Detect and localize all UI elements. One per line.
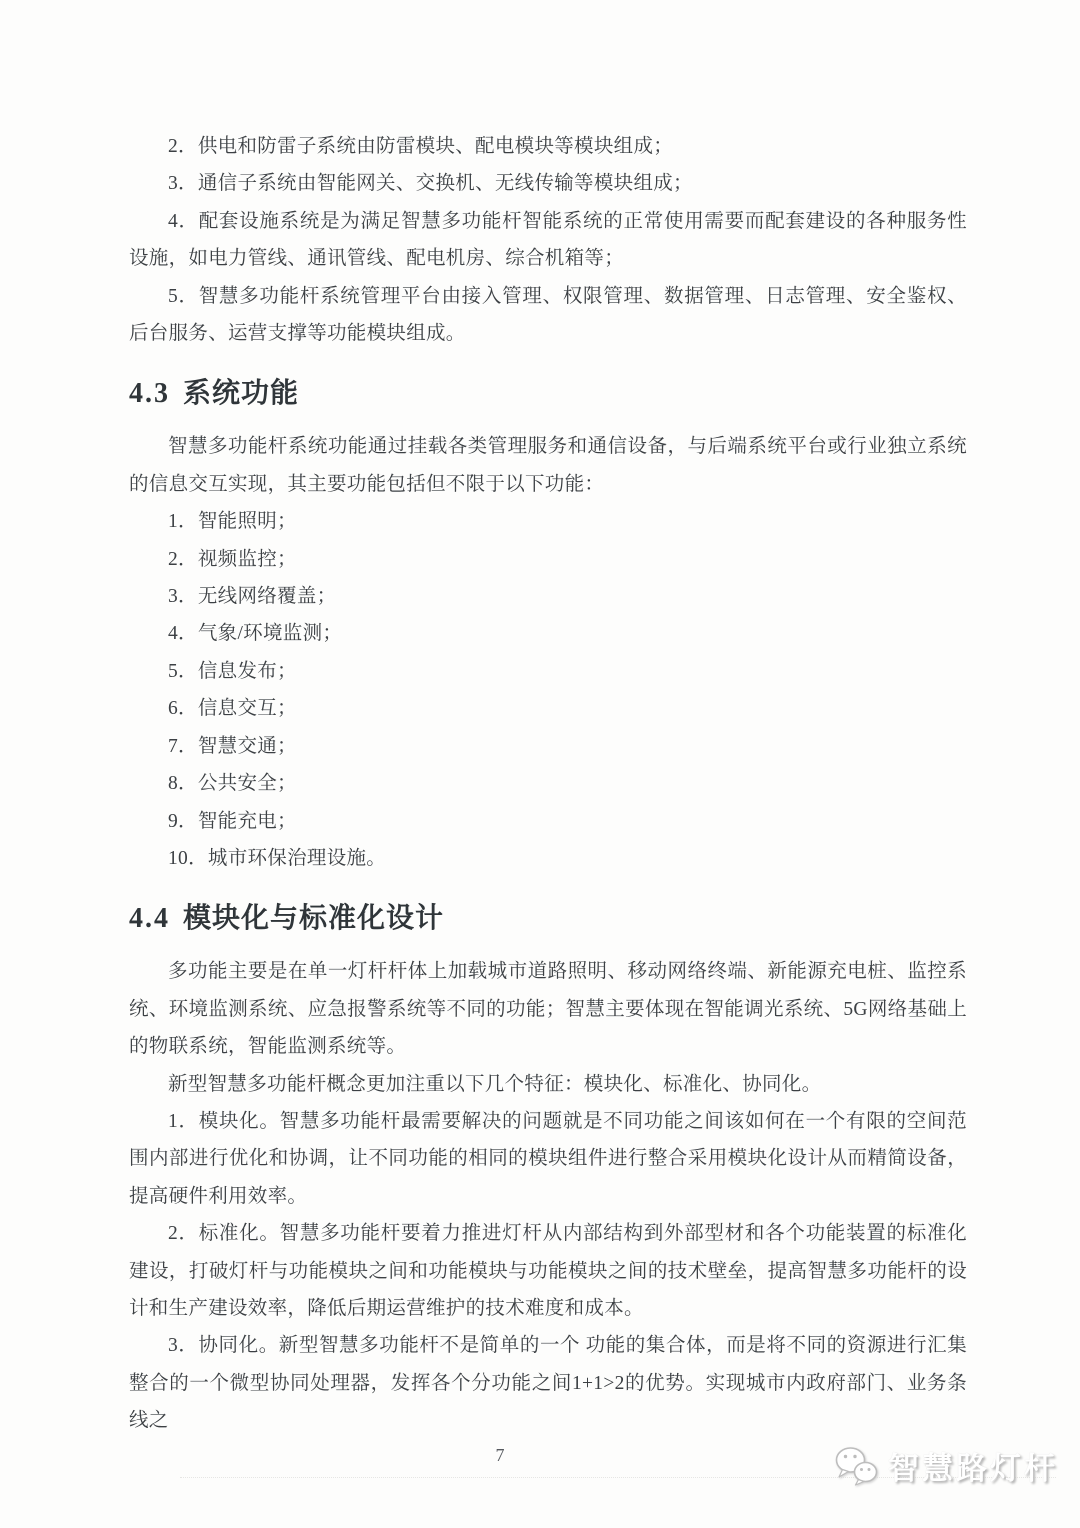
section-title: 系统功能: [183, 378, 299, 409]
section-heading-4-4: 4.4模块化与标准化设计: [129, 902, 967, 936]
intro-list-item: 4．配套设施系统是为满足智慧多功能杆智能系统的正常使用需要而配套建设的各种服务性…: [129, 203, 967, 278]
function-list-item: 10．城市环保治理设施。: [129, 840, 967, 877]
section-title: 模块化与标准化设计: [183, 903, 444, 934]
intro-list-item: 5．智慧多功能杆系统管理平台由接入管理、权限管理、数据管理、日志管理、安全鉴权、…: [129, 278, 967, 353]
section-number: 4.4: [129, 903, 170, 934]
watermark: 智慧路灯杆: [833, 1443, 1058, 1488]
body-paragraph: 多功能主要是在单一灯杆杆体上加载城市道路照明、移动网络终端、新能源充电桩、监控系…: [129, 953, 967, 1065]
watermark-label: 智慧路灯杆: [888, 1443, 1058, 1488]
function-list-item: 1．智能照明；: [129, 503, 967, 540]
scanned-document-page: 2．供电和防雷子系统由防雷模块、配电模块等模块组成； 3．通信子系统由智能网关、…: [0, 0, 1080, 1528]
intro-list-item: 2．供电和防雷子系统由防雷模块、配电模块等模块组成；: [129, 128, 967, 165]
function-list-item: 9．智能充电；: [129, 803, 967, 840]
function-list-item: 7．智慧交通；: [129, 728, 967, 765]
function-list-item: 3．无线网络覆盖；: [129, 578, 967, 615]
function-list-item: 6．信息交互；: [129, 690, 967, 727]
function-list-item: 8．公共安全；: [129, 765, 967, 802]
function-list-item: 5．信息发布；: [129, 653, 967, 690]
function-list-item: 4．气象/环境监测；: [129, 615, 967, 652]
section-heading-4-3: 4.3系统功能: [129, 377, 967, 411]
section-number: 4.3: [129, 378, 170, 409]
body-paragraph: 3．协同化。新型智慧多功能杆不是简单的一个 功能的集合体，而是将不同的资源进行汇…: [129, 1327, 967, 1439]
body-paragraph: 新型智慧多功能杆概念更加注重以下几个特征：模块化、标准化、协同化。: [129, 1066, 967, 1103]
wechat-icon: [833, 1445, 881, 1487]
section-intro-paragraph: 智慧多功能杆系统功能通过挂载各类管理服务和通信设备，与后端系统平台或行业独立系统…: [129, 428, 967, 503]
body-paragraph: 1．模块化。智慧多功能杆最需要解决的问题就是不同功能之间该如何在一个有限的空间范…: [129, 1103, 967, 1215]
body-paragraph: 2．标准化。智慧多功能杆要着力推进灯杆从内部结构到外部型材和各个功能装置的标准化…: [129, 1215, 967, 1327]
function-list-item: 2．视频监控；: [129, 541, 967, 578]
intro-list-item: 3．通信子系统由智能网关、交换机、无线传输等模块组成；: [129, 165, 967, 202]
document-body: 2．供电和防雷子系统由防雷模块、配电模块等模块组成； 3．通信子系统由智能网关、…: [129, 128, 967, 1440]
